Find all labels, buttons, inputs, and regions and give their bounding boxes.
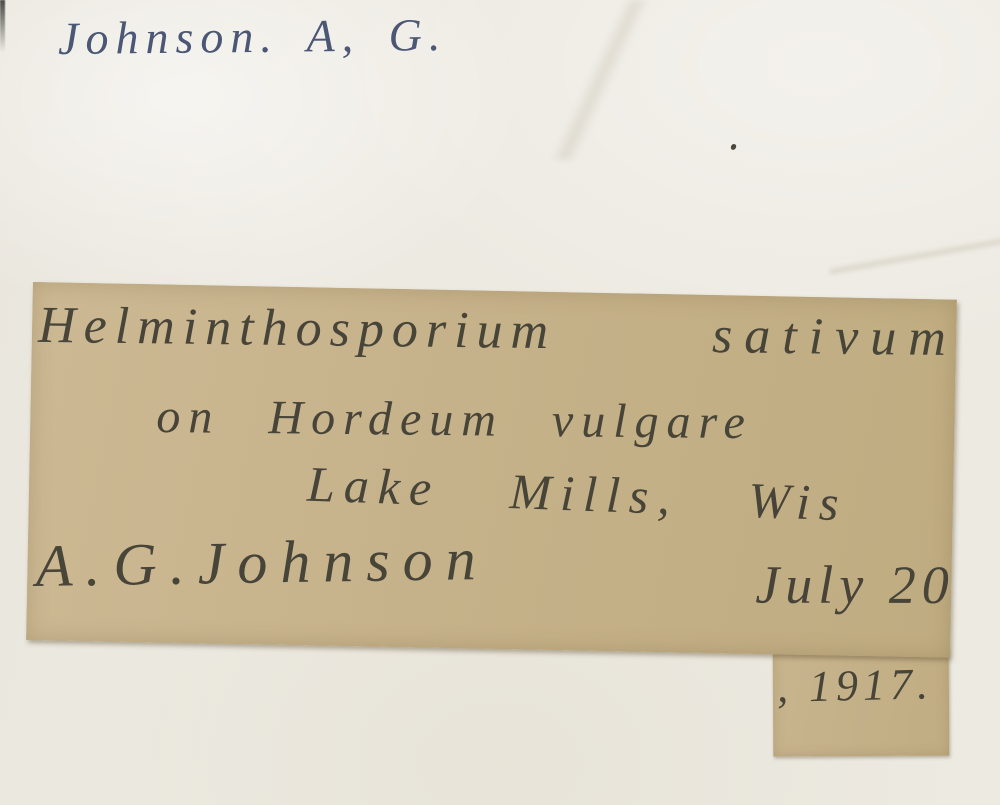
- collection-year: , 1917.: [776, 658, 933, 713]
- scanned-page: Johnson. A, G. Helminthosporium sativum …: [0, 0, 1000, 805]
- species-epithet: sativum: [712, 306, 957, 368]
- label-fragment-paper: , 1917.: [773, 648, 950, 757]
- host-line: on Hordeum vulgare: [156, 389, 753, 450]
- species-name-line: Helminthosporium sativum: [38, 296, 557, 361]
- header-handwriting: Johnson. A, G.: [58, 8, 448, 65]
- paper-crease: [470, 0, 730, 160]
- locality-line: Lake Mills, Wis: [306, 455, 848, 533]
- paper-crease: [830, 235, 1000, 275]
- collector-signature: A.G.Johnson: [35, 525, 489, 601]
- scan-edge-artifact: [0, 0, 5, 52]
- ink-speck: [730, 143, 737, 150]
- specimen-label-paper: Helminthosporium sativum on Hordeum vulg…: [26, 282, 957, 658]
- species-genus: Helminthosporium: [38, 297, 557, 360]
- collection-date: July 20: [755, 554, 955, 616]
